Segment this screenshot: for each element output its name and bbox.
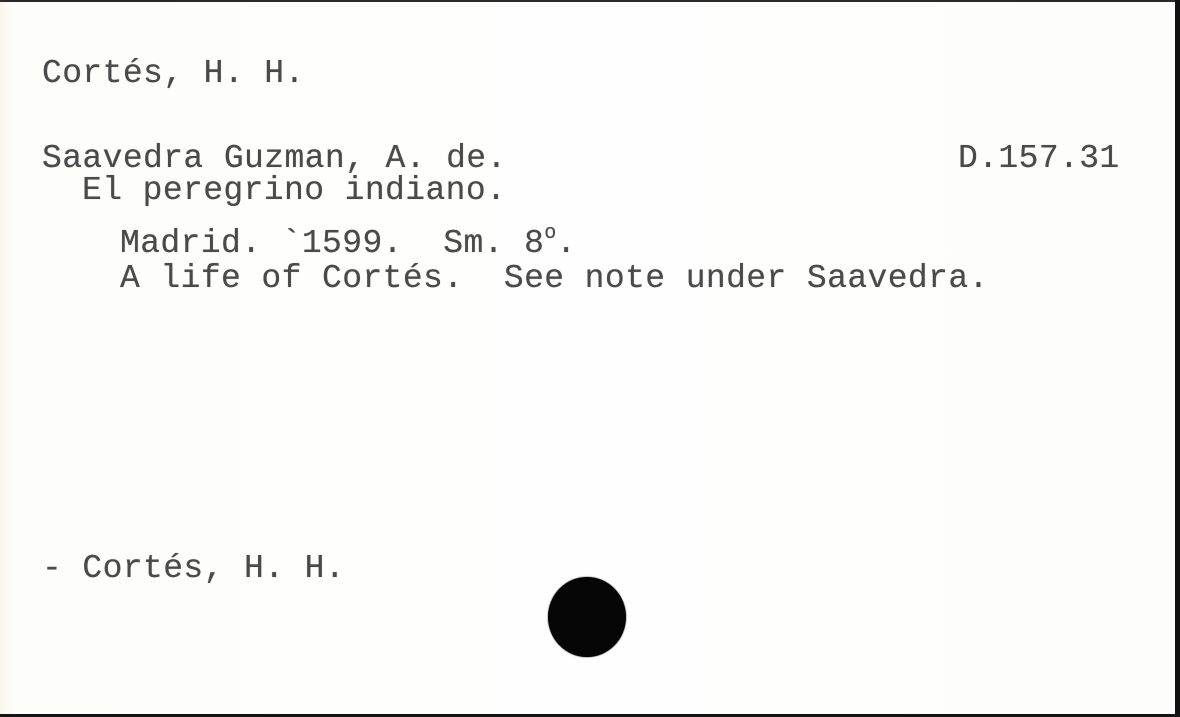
- format-degree-symbol: o: [544, 222, 556, 245]
- imprint-trailing-period: .: [556, 225, 576, 262]
- imprint-place-date: Madrid. `1599. Sm. 8: [120, 225, 544, 262]
- call-number: D.157.31: [958, 142, 1120, 175]
- card-heading: Cortés, H. H.: [42, 57, 305, 90]
- author-entry: Saavedra Guzman, A. de.: [42, 142, 507, 175]
- card-right-edge: [1175, 0, 1180, 717]
- punch-hole: [548, 577, 626, 657]
- descriptive-note: A life of Cortés. See note under Saavedr…: [120, 262, 989, 295]
- subject-tracing: - Cortés, H. H.: [42, 552, 345, 585]
- imprint-line: Madrid. `1599. Sm. 8o.: [120, 224, 577, 260]
- catalog-card: Cortés, H. H. Saavedra Guzman, A. de. D.…: [0, 2, 1175, 714]
- title-entry: El peregrino indiano.: [82, 174, 506, 207]
